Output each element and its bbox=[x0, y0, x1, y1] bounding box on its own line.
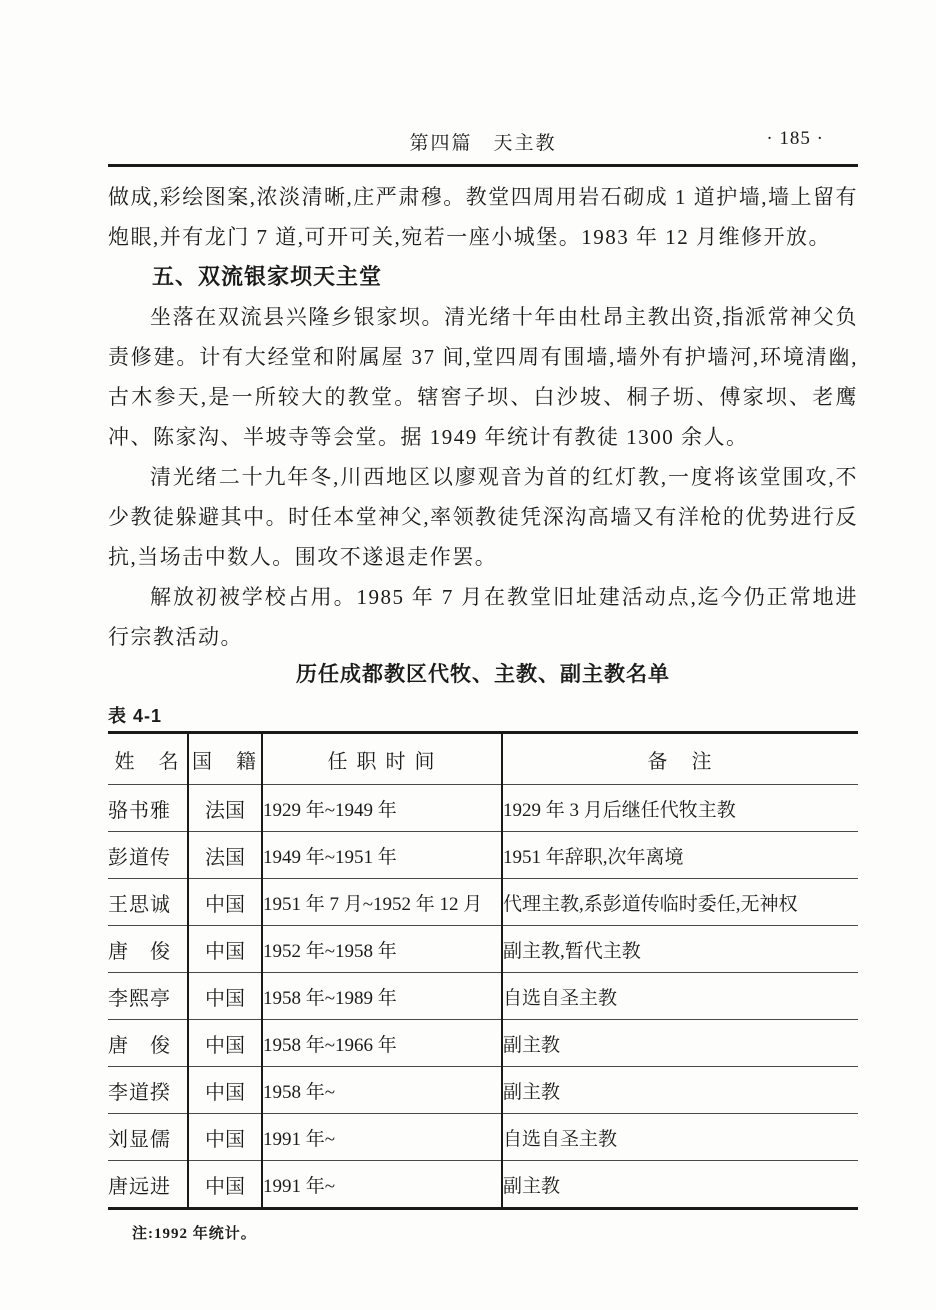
paragraph: 解放初被学校占用。1985 年 7 月在教堂旧址建活动点,迄今仍正常地进行宗教活… bbox=[108, 577, 858, 657]
cell-nationality: 法国 bbox=[188, 832, 262, 879]
column-header-tenure: 任 职 时 间 bbox=[262, 733, 502, 785]
cell-name: 李道揆 bbox=[108, 1067, 188, 1114]
cell-nationality: 中国 bbox=[188, 879, 262, 926]
body-text: 做成,彩绘图案,浓淡清晰,庄严肃穆。教堂四周用岩石砌成 1 道护墙,墙上留有炮眼… bbox=[108, 177, 858, 1243]
table-row: 唐 俊 中国 1958 年~1966 年 副主教 bbox=[108, 1020, 858, 1067]
cell-tenure: 1929 年~1949 年 bbox=[262, 785, 502, 832]
table-label: 表 4-1 bbox=[108, 703, 858, 729]
cell-name: 唐 俊 bbox=[108, 926, 188, 973]
chapter-title: 第四篇 天主教 bbox=[108, 128, 858, 155]
cell-nationality: 法国 bbox=[188, 785, 262, 832]
cell-name: 骆书雅 bbox=[108, 785, 188, 832]
cell-nationality: 中国 bbox=[188, 926, 262, 973]
paragraph: 清光绪二十九年冬,川西地区以廖观音为首的红灯教,一度将该堂围攻,不少教徒躲避其中… bbox=[108, 457, 858, 577]
table-row: 唐远进 中国 1991 年~ 副主教 bbox=[108, 1161, 858, 1209]
table-row: 彭道传 法国 1949 年~1951 年 1951 年辞职,次年离境 bbox=[108, 832, 858, 879]
cell-name: 唐 俊 bbox=[108, 1020, 188, 1067]
cell-nationality: 中国 bbox=[188, 1114, 262, 1161]
cell-tenure: 1958 年~ bbox=[262, 1067, 502, 1114]
cell-name: 刘显儒 bbox=[108, 1114, 188, 1161]
column-header-nationality: 国 籍 bbox=[188, 733, 262, 785]
cell-name: 彭道传 bbox=[108, 832, 188, 879]
cell-note: 副主教,暂代主教 bbox=[502, 926, 858, 973]
cell-tenure: 1958 年~1966 年 bbox=[262, 1020, 502, 1067]
table-row: 李熙亭 中国 1958 年~1989 年 自选自圣主教 bbox=[108, 973, 858, 1020]
cell-tenure: 1958 年~1989 年 bbox=[262, 973, 502, 1020]
cell-note: 副主教 bbox=[502, 1020, 858, 1067]
table-footnote: 注:1992 年统计。 bbox=[132, 1222, 858, 1243]
cell-name: 李熙亭 bbox=[108, 973, 188, 1020]
cell-tenure: 1951 年 7 月~1952 年 12 月 bbox=[262, 879, 502, 926]
paragraph-continued: 做成,彩绘图案,浓淡清晰,庄严肃穆。教堂四周用岩石砌成 1 道护墙,墙上留有炮眼… bbox=[108, 177, 858, 257]
cell-note: 副主教 bbox=[502, 1161, 858, 1209]
table-row: 骆书雅 法国 1929 年~1949 年 1929 年 3 月后继任代牧主教 bbox=[108, 785, 858, 832]
table-row: 刘显儒 中国 1991 年~ 自选自圣主教 bbox=[108, 1114, 858, 1161]
cell-name: 唐远进 bbox=[108, 1161, 188, 1209]
table-row: 李道揆 中国 1958 年~ 副主教 bbox=[108, 1067, 858, 1114]
table-title: 历任成都教区代牧、主教、副主教名单 bbox=[108, 659, 858, 691]
cell-tenure: 1991 年~ bbox=[262, 1114, 502, 1161]
paragraph: 坐落在双流县兴隆乡银家坝。清光绪十年由杜昂主教出资,指派常神父负责修建。计有大经… bbox=[108, 297, 858, 457]
cell-tenure: 1991 年~ bbox=[262, 1161, 502, 1209]
cell-note: 副主教 bbox=[502, 1067, 858, 1114]
cell-name: 王思诚 bbox=[108, 879, 188, 926]
bishops-table: 姓 名 国 籍 任 职 时 间 备 注 骆书雅 法国 1929 年~1949 年… bbox=[108, 731, 858, 1210]
scanned-book-page: 第四篇 天主教 · 185 · 做成,彩绘图案,浓淡清晰,庄严肃穆。教堂四周用岩… bbox=[0, 0, 936, 1310]
cell-tenure: 1949 年~1951 年 bbox=[262, 832, 502, 879]
table-row: 王思诚 中国 1951 年 7 月~1952 年 12 月 代理主教,系彭道传临… bbox=[108, 879, 858, 926]
column-header-note: 备 注 bbox=[502, 733, 858, 785]
cell-note: 自选自圣主教 bbox=[502, 1114, 858, 1161]
cell-note: 1929 年 3 月后继任代牧主教 bbox=[502, 785, 858, 832]
cell-nationality: 中国 bbox=[188, 1020, 262, 1067]
table-row: 唐 俊 中国 1952 年~1958 年 副主教,暂代主教 bbox=[108, 926, 858, 973]
page-number: · 185 · bbox=[766, 128, 824, 150]
cell-nationality: 中国 bbox=[188, 1161, 262, 1209]
cell-note: 自选自圣主教 bbox=[502, 973, 858, 1020]
header-rule bbox=[108, 164, 858, 167]
table-header-row: 姓 名 国 籍 任 职 时 间 备 注 bbox=[108, 733, 858, 785]
column-header-name: 姓 名 bbox=[108, 733, 188, 785]
cell-nationality: 中国 bbox=[188, 973, 262, 1020]
cell-note: 1951 年辞职,次年离境 bbox=[502, 832, 858, 879]
cell-nationality: 中国 bbox=[188, 1067, 262, 1114]
section-heading: 五、双流银家坝天主堂 bbox=[108, 257, 858, 297]
running-head: 第四篇 天主教 · 185 · bbox=[108, 128, 858, 160]
cell-note: 代理主教,系彭道传临时委任,无神权 bbox=[502, 879, 858, 926]
cell-tenure: 1952 年~1958 年 bbox=[262, 926, 502, 973]
